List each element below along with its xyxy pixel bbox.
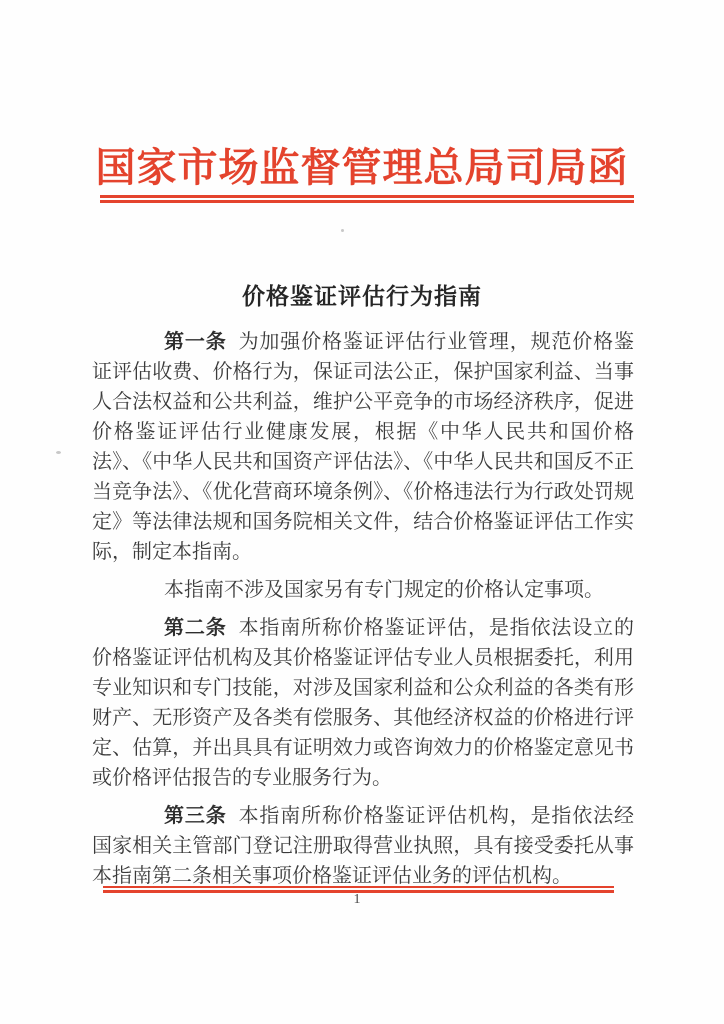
paragraph-note-text: 本指南不涉及国家另有专门规定的价格认定事项。 — [164, 579, 604, 601]
page-number: 1 — [0, 892, 714, 908]
letterhead-double-rule — [100, 195, 634, 203]
paragraph-article-3: 第三条本指南所称价格鉴证评估机构，是指依法经国家相关主管部门登记注册取得营业执照… — [92, 801, 634, 891]
paragraph-article-1: 第一条为加强价格鉴证评估行业管理，规范价格鉴证评估收费、价格行为，保证司法公正，… — [92, 327, 634, 567]
article-1-label: 第一条 — [164, 331, 227, 353]
document-body: 第一条为加强价格鉴证评估行业管理，规范价格鉴证评估收费、价格行为，保证司法公正，… — [92, 327, 634, 899]
article-3-label: 第三条 — [164, 805, 227, 827]
article-1-text: 为加强价格鉴证评估行业管理，规范价格鉴证评估收费、价格行为，保证司法公正，保护国… — [92, 331, 634, 563]
scanned-document-page: 国家市场监督管理总局司局函 价格鉴证评估行为指南 第一条为加强价格鉴证评估行业管… — [0, 0, 724, 1024]
paragraph-article-2: 第二条本指南所称价格鉴证评估，是指依法设立的价格鉴证评估机构及其价格鉴证评估专业… — [92, 613, 634, 793]
scan-speck — [56, 451, 61, 454]
letterhead-title: 国家市场监督管理总局司局函 — [0, 136, 724, 193]
paragraph-note: 本指南不涉及国家另有专门规定的价格认定事项。 — [92, 575, 634, 605]
scan-speck — [341, 229, 344, 232]
document-title: 价格鉴证评估行为指南 — [0, 278, 724, 311]
article-2-text: 本指南所称价格鉴证评估，是指依法设立的价格鉴证评估机构及其价格鉴证评估专业人员根… — [92, 617, 634, 789]
article-2-label: 第二条 — [164, 617, 227, 639]
